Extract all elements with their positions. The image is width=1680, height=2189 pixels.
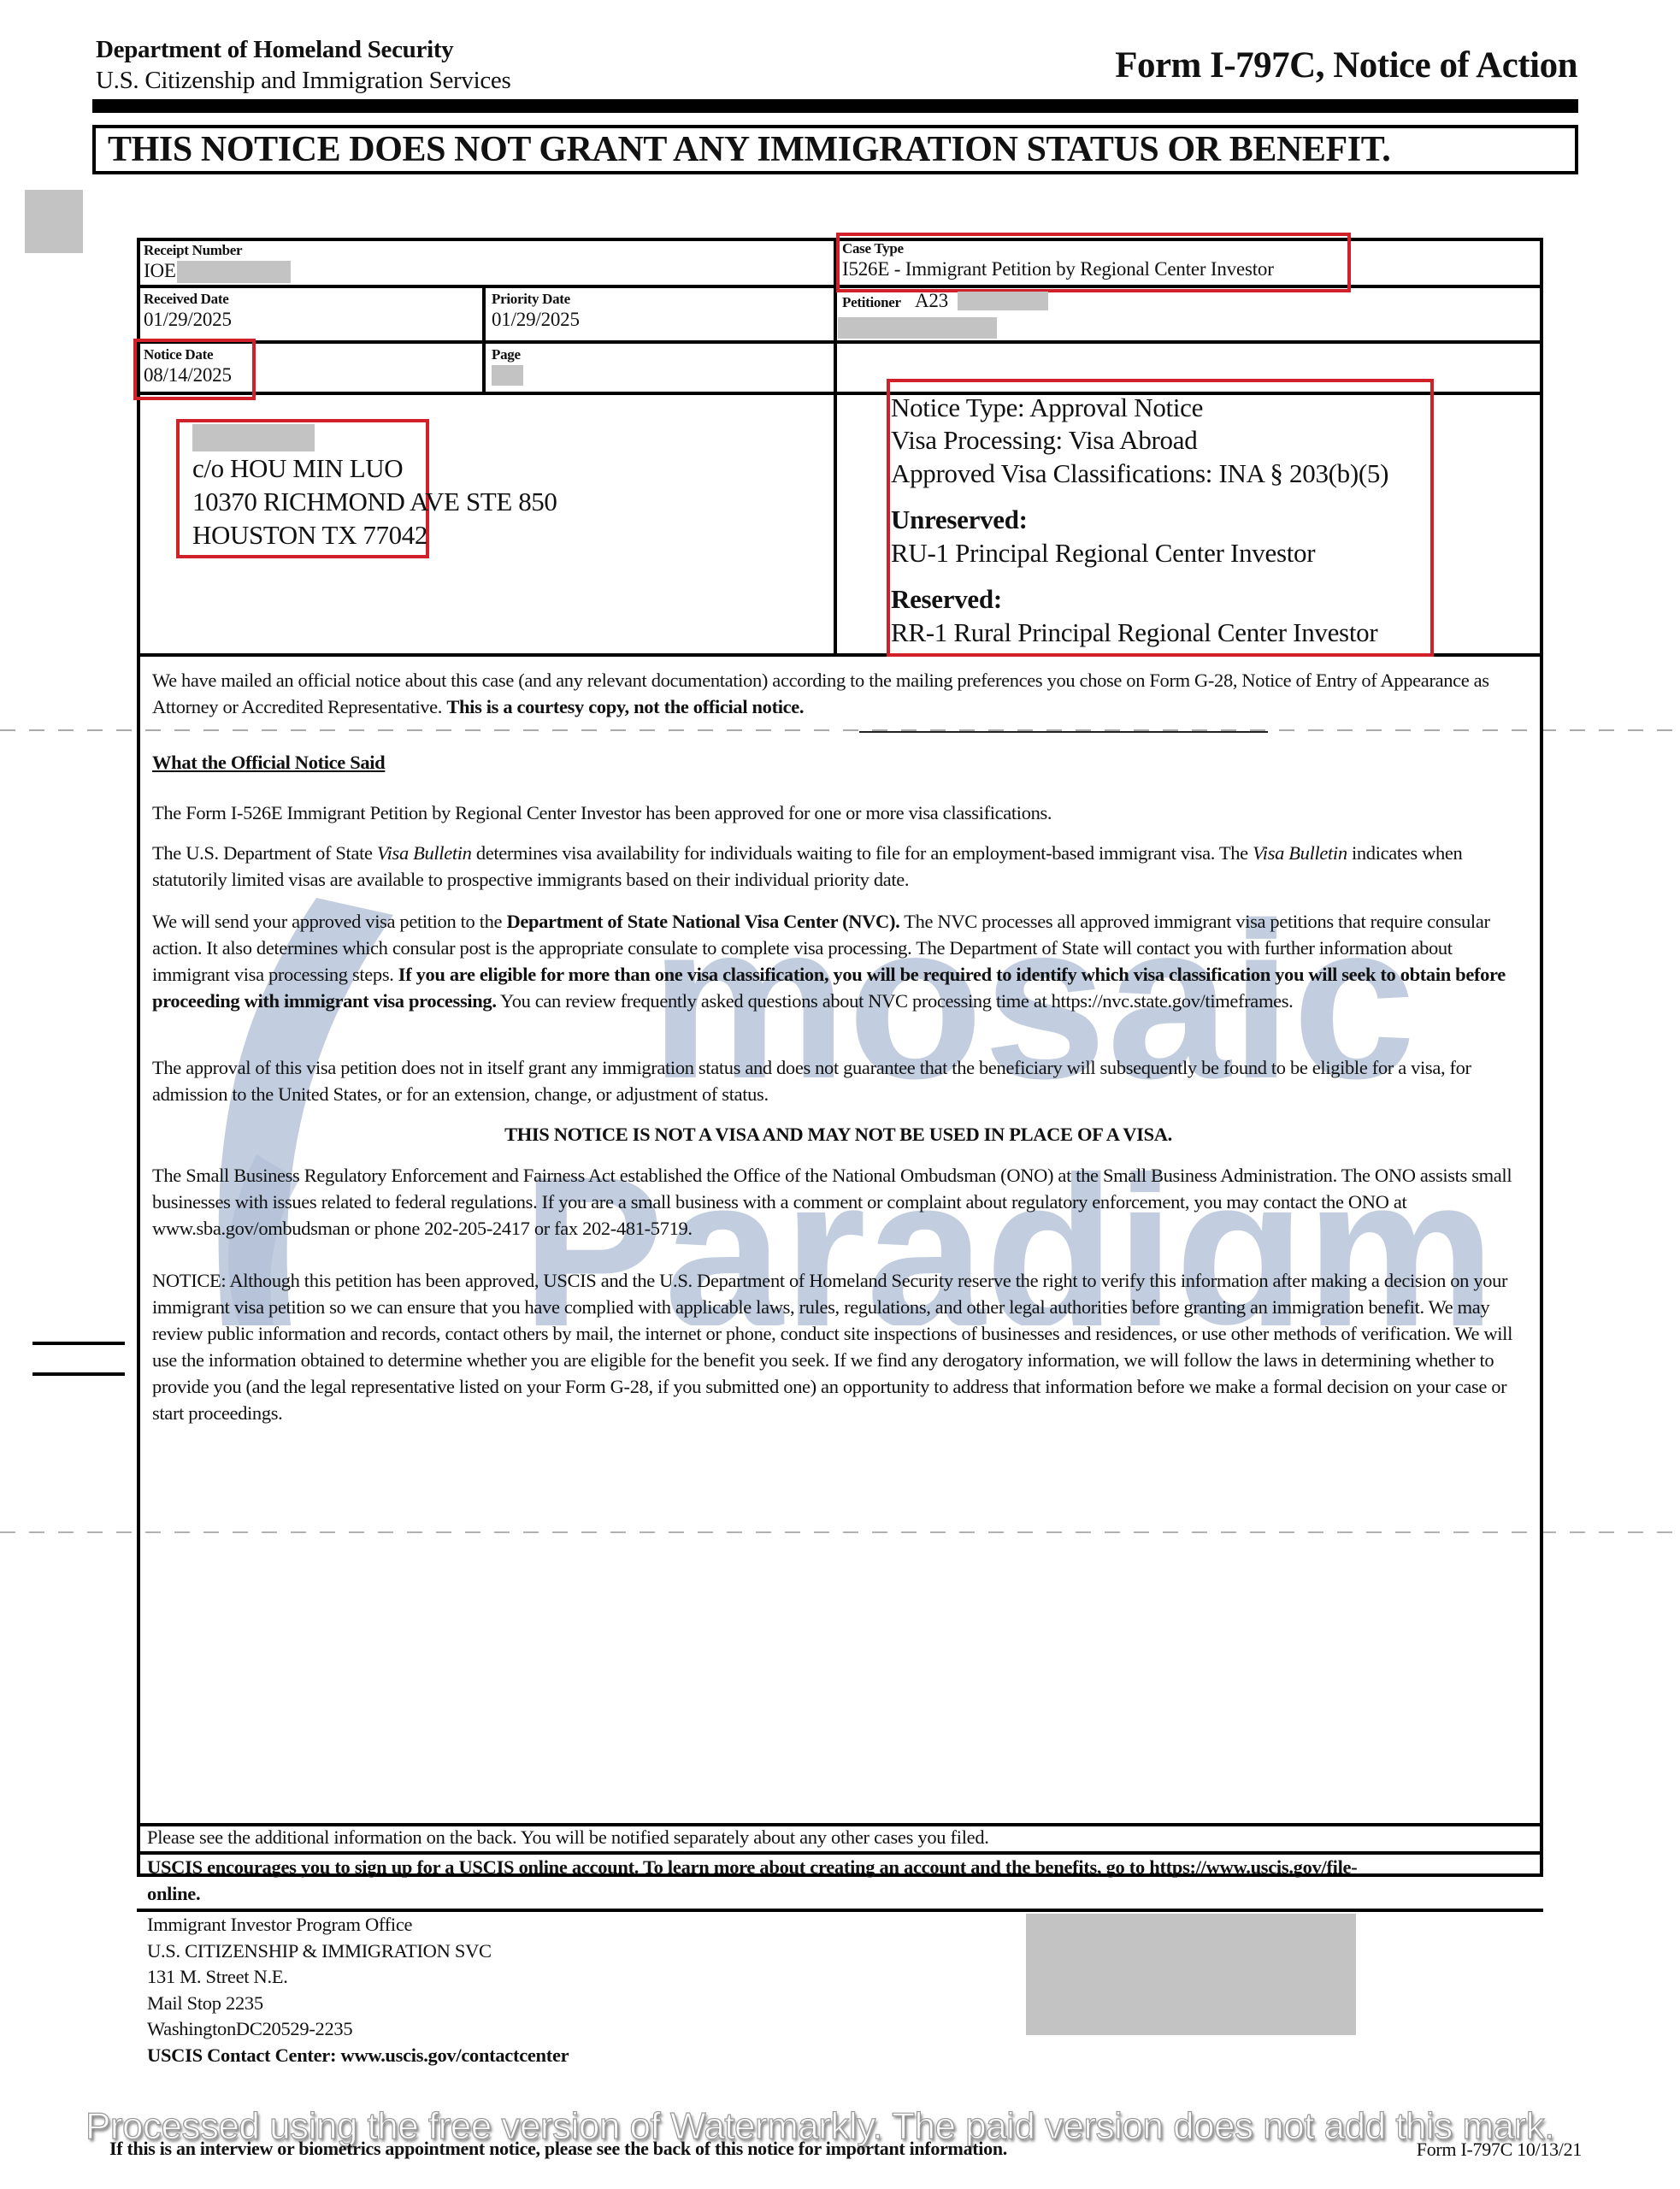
priority-date-label: Priority Date <box>492 291 570 308</box>
address-line: c/o HOU MIN LUO <box>192 451 557 485</box>
courtesy-copy-notice: We have mailed an official notice about … <box>152 667 1524 720</box>
priority-date-value: 01/29/2025 <box>492 309 580 331</box>
unreserved-classification: RU-1 Principal Regional Center Investor <box>891 537 1315 569</box>
petitioner-redaction <box>838 317 997 339</box>
grid-line <box>834 238 837 655</box>
agency-name: Department of Homeland Security <box>96 36 453 64</box>
unreserved-label: Unreserved: <box>891 504 1028 536</box>
courtesy-copy-emphasis: This is a courtesy copy, not the officia… <box>446 696 804 717</box>
form-title: Form I-797C, Notice of Action <box>1115 44 1577 86</box>
receipt-number-value: IOE <box>144 260 176 282</box>
receipt-number-label: Receipt Number <box>144 242 242 259</box>
ombudsman-paragraph: The Small Business Regulatory Enforcemen… <box>152 1162 1524 1242</box>
not-a-visa-notice: THIS NOTICE IS NOT A VISA AND MAY NOT BE… <box>152 1121 1524 1148</box>
mailing-address: c/o HOU MIN LUO 10370 RICHMOND AVE STE 8… <box>192 451 557 552</box>
approval-paragraph: The Form I-526E Immigrant Petition by Re… <box>152 799 1524 826</box>
redaction-block <box>25 190 83 253</box>
status-disclaimer-banner: THIS NOTICE DOES NOT GRANT ANY IMMIGRATI… <box>92 125 1578 174</box>
petitioner-value: A23 <box>915 290 948 312</box>
office-line: WashingtonDC20529-2235 <box>147 2016 569 2043</box>
appointment-footnote: If this is an interview or biometrics ap… <box>109 2138 1007 2160</box>
nvc-paragraph: We will send your approved visa petition… <box>152 908 1524 1014</box>
received-date-label: Received Date <box>144 291 228 308</box>
office-line: 131 M. Street N.E. <box>147 1964 569 1991</box>
visa-bulletin-paragraph: The U.S. Department of State Visa Bullet… <box>152 840 1524 893</box>
visa-bulletin-term: Visa Bulletin <box>1253 842 1347 864</box>
address-line: HOUSTON TX 77042 <box>192 518 557 552</box>
case-type-highlight <box>836 233 1351 292</box>
verification-notice-paragraph: NOTICE: Although this petition has been … <box>152 1267 1524 1426</box>
barcode-redaction <box>1026 1914 1356 2035</box>
intro-text: We have mailed an official notice about … <box>152 670 1489 717</box>
petitioner-label: Petitioner <box>842 294 901 311</box>
text: determines visa availability for individ… <box>472 842 1253 864</box>
office-line: Mail Stop 2235 <box>147 1991 569 2017</box>
text: We will send your approved visa petition… <box>152 911 506 932</box>
margin-mark <box>32 1342 125 1345</box>
office-line: Immigrant Investor Program Office <box>147 1912 569 1938</box>
notice-date-highlight <box>133 339 256 400</box>
office-line: U.S. CITIZENSHIP & IMMIGRATION SVC <box>147 1938 569 1965</box>
reserved-label: Reserved: <box>891 583 1002 616</box>
text: The U.S. Department of State <box>152 842 377 864</box>
receipt-number-redaction <box>177 261 291 283</box>
no-status-paragraph: The approval of this visa petition does … <box>152 1054 1524 1107</box>
received-date-value: 01/29/2025 <box>144 309 232 331</box>
visa-bulletin-term: Visa Bulletin <box>377 842 472 864</box>
section-heading: What the Official Notice Said <box>152 749 1524 776</box>
contact-center: USCIS Contact Center: www.uscis.gov/cont… <box>147 2043 569 2069</box>
grid-line <box>482 286 486 393</box>
page-redaction <box>492 365 523 386</box>
divider <box>859 731 1268 733</box>
office-address: Immigrant Investor Program Office U.S. C… <box>147 1912 569 2068</box>
additional-info-text: Please see the additional information on… <box>147 1826 989 1849</box>
address-line: 10370 RICHMOND AVE STE 850 <box>192 485 557 518</box>
margin-mark <box>32 1372 125 1376</box>
page-label: Page <box>492 346 521 363</box>
text: You can review frequently asked question… <box>497 990 1294 1012</box>
sub-agency-name: U.S. Citizenship and Immigration Service… <box>96 67 510 95</box>
reserved-classification: RR-1 Rural Principal Regional Center Inv… <box>891 617 1377 649</box>
header-rule <box>92 99 1578 113</box>
petitioner-redaction <box>958 292 1048 310</box>
online-account-text: USCIS encourages you to sign up for a US… <box>147 1854 1404 1907</box>
notice-type: Notice Type: Approval Notice <box>891 392 1203 424</box>
nvc-emphasis: Department of State National Visa Center… <box>506 911 899 932</box>
grid-line <box>137 340 1543 344</box>
approved-classifications: Approved Visa Classifications: INA § 203… <box>891 457 1388 490</box>
recipient-name-redaction <box>192 424 315 451</box>
visa-processing: Visa Processing: Visa Abroad <box>891 424 1197 457</box>
form-edition: Form I-797C 10/13/21 <box>1417 2139 1582 2161</box>
